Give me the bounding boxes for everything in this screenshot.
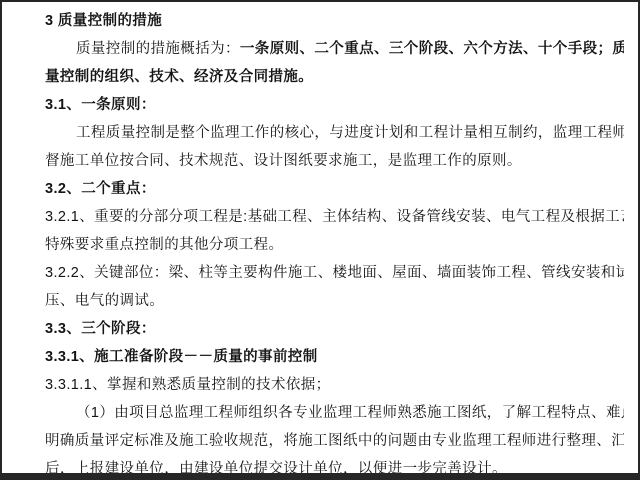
text-line: 特殊要求重点控制的其他分项工程。 [45, 231, 624, 259]
text-line: 压、电气的调试。 [45, 287, 624, 315]
text-segment: 3.2.2、关键部位：梁、柱等主要构件施工、楼地面、屋面、墙面装饰工程、管线安装… [45, 265, 624, 281]
bottom-border-bar [0, 473, 640, 480]
document-page: 3 质量控制的措施质量控制的措施概括为：一条原则、二个重点、三个阶段、六个方法、… [0, 0, 640, 480]
text-line: 3 质量控制的措施 [45, 7, 624, 35]
text-line: 督施工单位按合同、技术规范、设计图纸要求施工，是监理工作的原则。 [45, 147, 624, 175]
text-segment: 工程质量控制是整个监理工作的核心，与进度计划和工程计量相互制约，监理工程师监 [76, 125, 624, 141]
text-line: 质量控制的措施概括为：一条原则、二个重点、三个阶段、六个方法、十个手段；质 [45, 35, 624, 63]
text-line: （1）由项目总监理工程师组织各专业监理工程师熟悉施工图纸，了解工程特点、难点， [45, 399, 624, 427]
bold-text-segment: 3.3.1、施工准备阶段－－质量的事前控制 [45, 349, 318, 365]
bold-text-segment: 量控制的组织、技术、经济及合同措施。 [45, 69, 313, 85]
text-segment: 压、电气的调试。 [45, 293, 164, 309]
bold-text-segment: 3 质量控制的措施 [45, 13, 162, 29]
bold-text-segment: 3.2、二个重点： [45, 181, 156, 197]
text-line: 明确质量评定标准及施工验收规范，将施工图纸中的问题由专业监理工程师进行整理、汇总 [45, 427, 624, 455]
bold-text-segment: 3.1、一条原则： [45, 97, 156, 113]
text-segment: （1）由项目总监理工程师组织各专业监理工程师熟悉施工图纸，了解工程特点、难点， [76, 405, 624, 421]
text-line: 3.2、二个重点： [45, 175, 624, 203]
document-body: 3 质量控制的措施质量控制的措施概括为：一条原则、二个重点、三个阶段、六个方法、… [45, 7, 624, 480]
text-segment: 3.2.1、重要的分部分项工程是:基础工程、主体结构、设备管线安装、电气工程及根… [45, 209, 624, 225]
text-line: 3.3.1、施工准备阶段－－质量的事前控制 [45, 343, 624, 371]
text-line: 3.3、三个阶段： [45, 315, 624, 343]
text-segment: 3.3.1.1、掌握和熟悉质量控制的技术依据； [45, 377, 331, 393]
text-line: 3.2.1、重要的分部分项工程是:基础工程、主体结构、设备管线安装、电气工程及根… [45, 203, 624, 231]
text-segment: 质量控制的措施概括为： [76, 41, 240, 57]
text-segment: 特殊要求重点控制的其他分项工程。 [45, 237, 283, 253]
bold-text-segment: 一条原则、二个重点、三个阶段、六个方法、十个手段；质 [240, 41, 624, 57]
text-line: 3.1、一条原则： [45, 91, 624, 119]
text-line: 3.3.1.1、掌握和熟悉质量控制的技术依据； [45, 371, 624, 399]
text-line: 量控制的组织、技术、经济及合同措施。 [45, 63, 624, 91]
text-segment: 明确质量评定标准及施工验收规范，将施工图纸中的问题由专业监理工程师进行整理、汇总 [45, 433, 624, 449]
text-line: 3.2.2、关键部位：梁、柱等主要构件施工、楼地面、屋面、墙面装饰工程、管线安装… [45, 259, 624, 287]
bold-text-segment: 3.3、三个阶段： [45, 321, 156, 337]
text-segment: 督施工单位按合同、技术规范、设计图纸要求施工，是监理工作的原则。 [45, 153, 522, 169]
text-line: 工程质量控制是整个监理工作的核心，与进度计划和工程计量相互制约，监理工程师监 [45, 119, 624, 147]
